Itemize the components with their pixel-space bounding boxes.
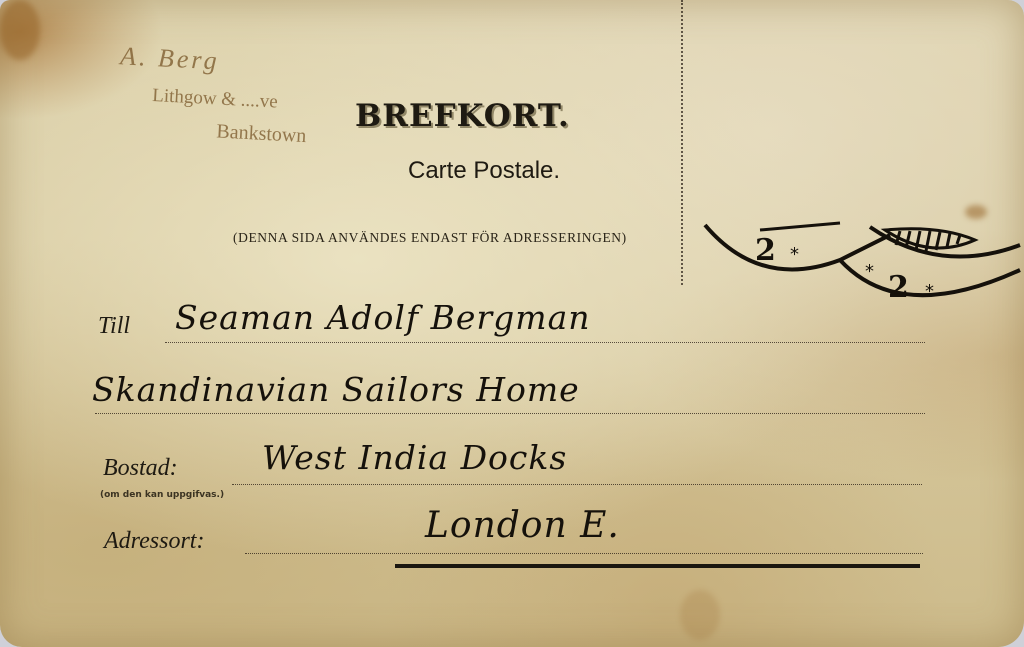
address-side-notice: (DENNA SIDA ANVÄNDES ENDAST FÖR ADRESSER… (233, 230, 627, 246)
till-line (165, 342, 925, 343)
sender-stamp-street: Lithgow & ....ve (152, 85, 279, 114)
adressort-label: Adressort: (104, 528, 204, 555)
svg-text:*: * (865, 261, 874, 282)
card-subtitle: Carte Postale. (408, 157, 560, 185)
adressort-value-handwritten: London E. (425, 505, 620, 546)
bostad-value-handwritten: West India Docks (262, 438, 567, 477)
stamp-area-divider (681, 0, 683, 285)
postcard: A. Berg Lithgow & ....ve Bankstown BREFK… (0, 0, 1024, 647)
closing-rule (395, 564, 920, 568)
bostad-line (232, 484, 922, 485)
sender-stamp-town: Bankstown (216, 120, 307, 148)
card-title: BREFKORT. (355, 98, 645, 134)
adressort-line (245, 553, 923, 554)
address-line-2-handwritten: Skandinavian Sailors Home (92, 370, 580, 409)
address-line-2 (95, 413, 925, 414)
postmark-cancellation-icon: 2 * * 2 * (700, 215, 1024, 325)
till-value-handwritten: Seaman Adolf Bergman (175, 298, 591, 337)
sender-rubber-stamp: A. Berg Lithgow & ....ve Bankstown (115, 41, 380, 164)
sender-stamp-name: A. Berg (119, 41, 220, 76)
svg-text:*: * (925, 281, 934, 302)
corner-stain (0, 0, 40, 60)
till-label: Till (98, 313, 130, 340)
svg-text:2: 2 (755, 233, 776, 268)
bostad-note: (om den kan uppgifvas.) (100, 490, 224, 500)
svg-text:2: 2 (888, 270, 909, 305)
water-stain (680, 590, 720, 640)
bostad-label: Bostad: (103, 455, 178, 482)
svg-text:*: * (790, 244, 799, 265)
